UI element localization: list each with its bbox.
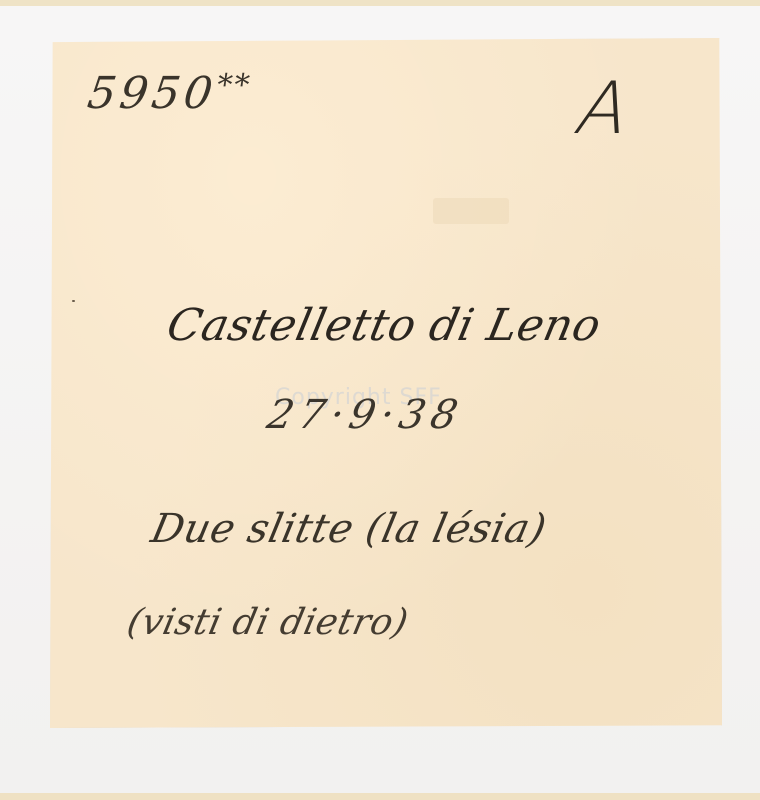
- catalog-number-value: 5950: [84, 68, 219, 119]
- place-name: Castelletto di Leno: [163, 300, 606, 351]
- faint-stamp: [433, 198, 509, 224]
- catalog-marks: **: [215, 68, 254, 103]
- bottom-edge-strip: [0, 793, 760, 800]
- note: (visti di dietro): [124, 602, 412, 643]
- description: Due slitte (la lésia): [147, 506, 550, 552]
- paper-speck: [72, 300, 75, 302]
- date: 27·9·38: [263, 392, 467, 438]
- catalog-number: 5950**: [84, 68, 253, 119]
